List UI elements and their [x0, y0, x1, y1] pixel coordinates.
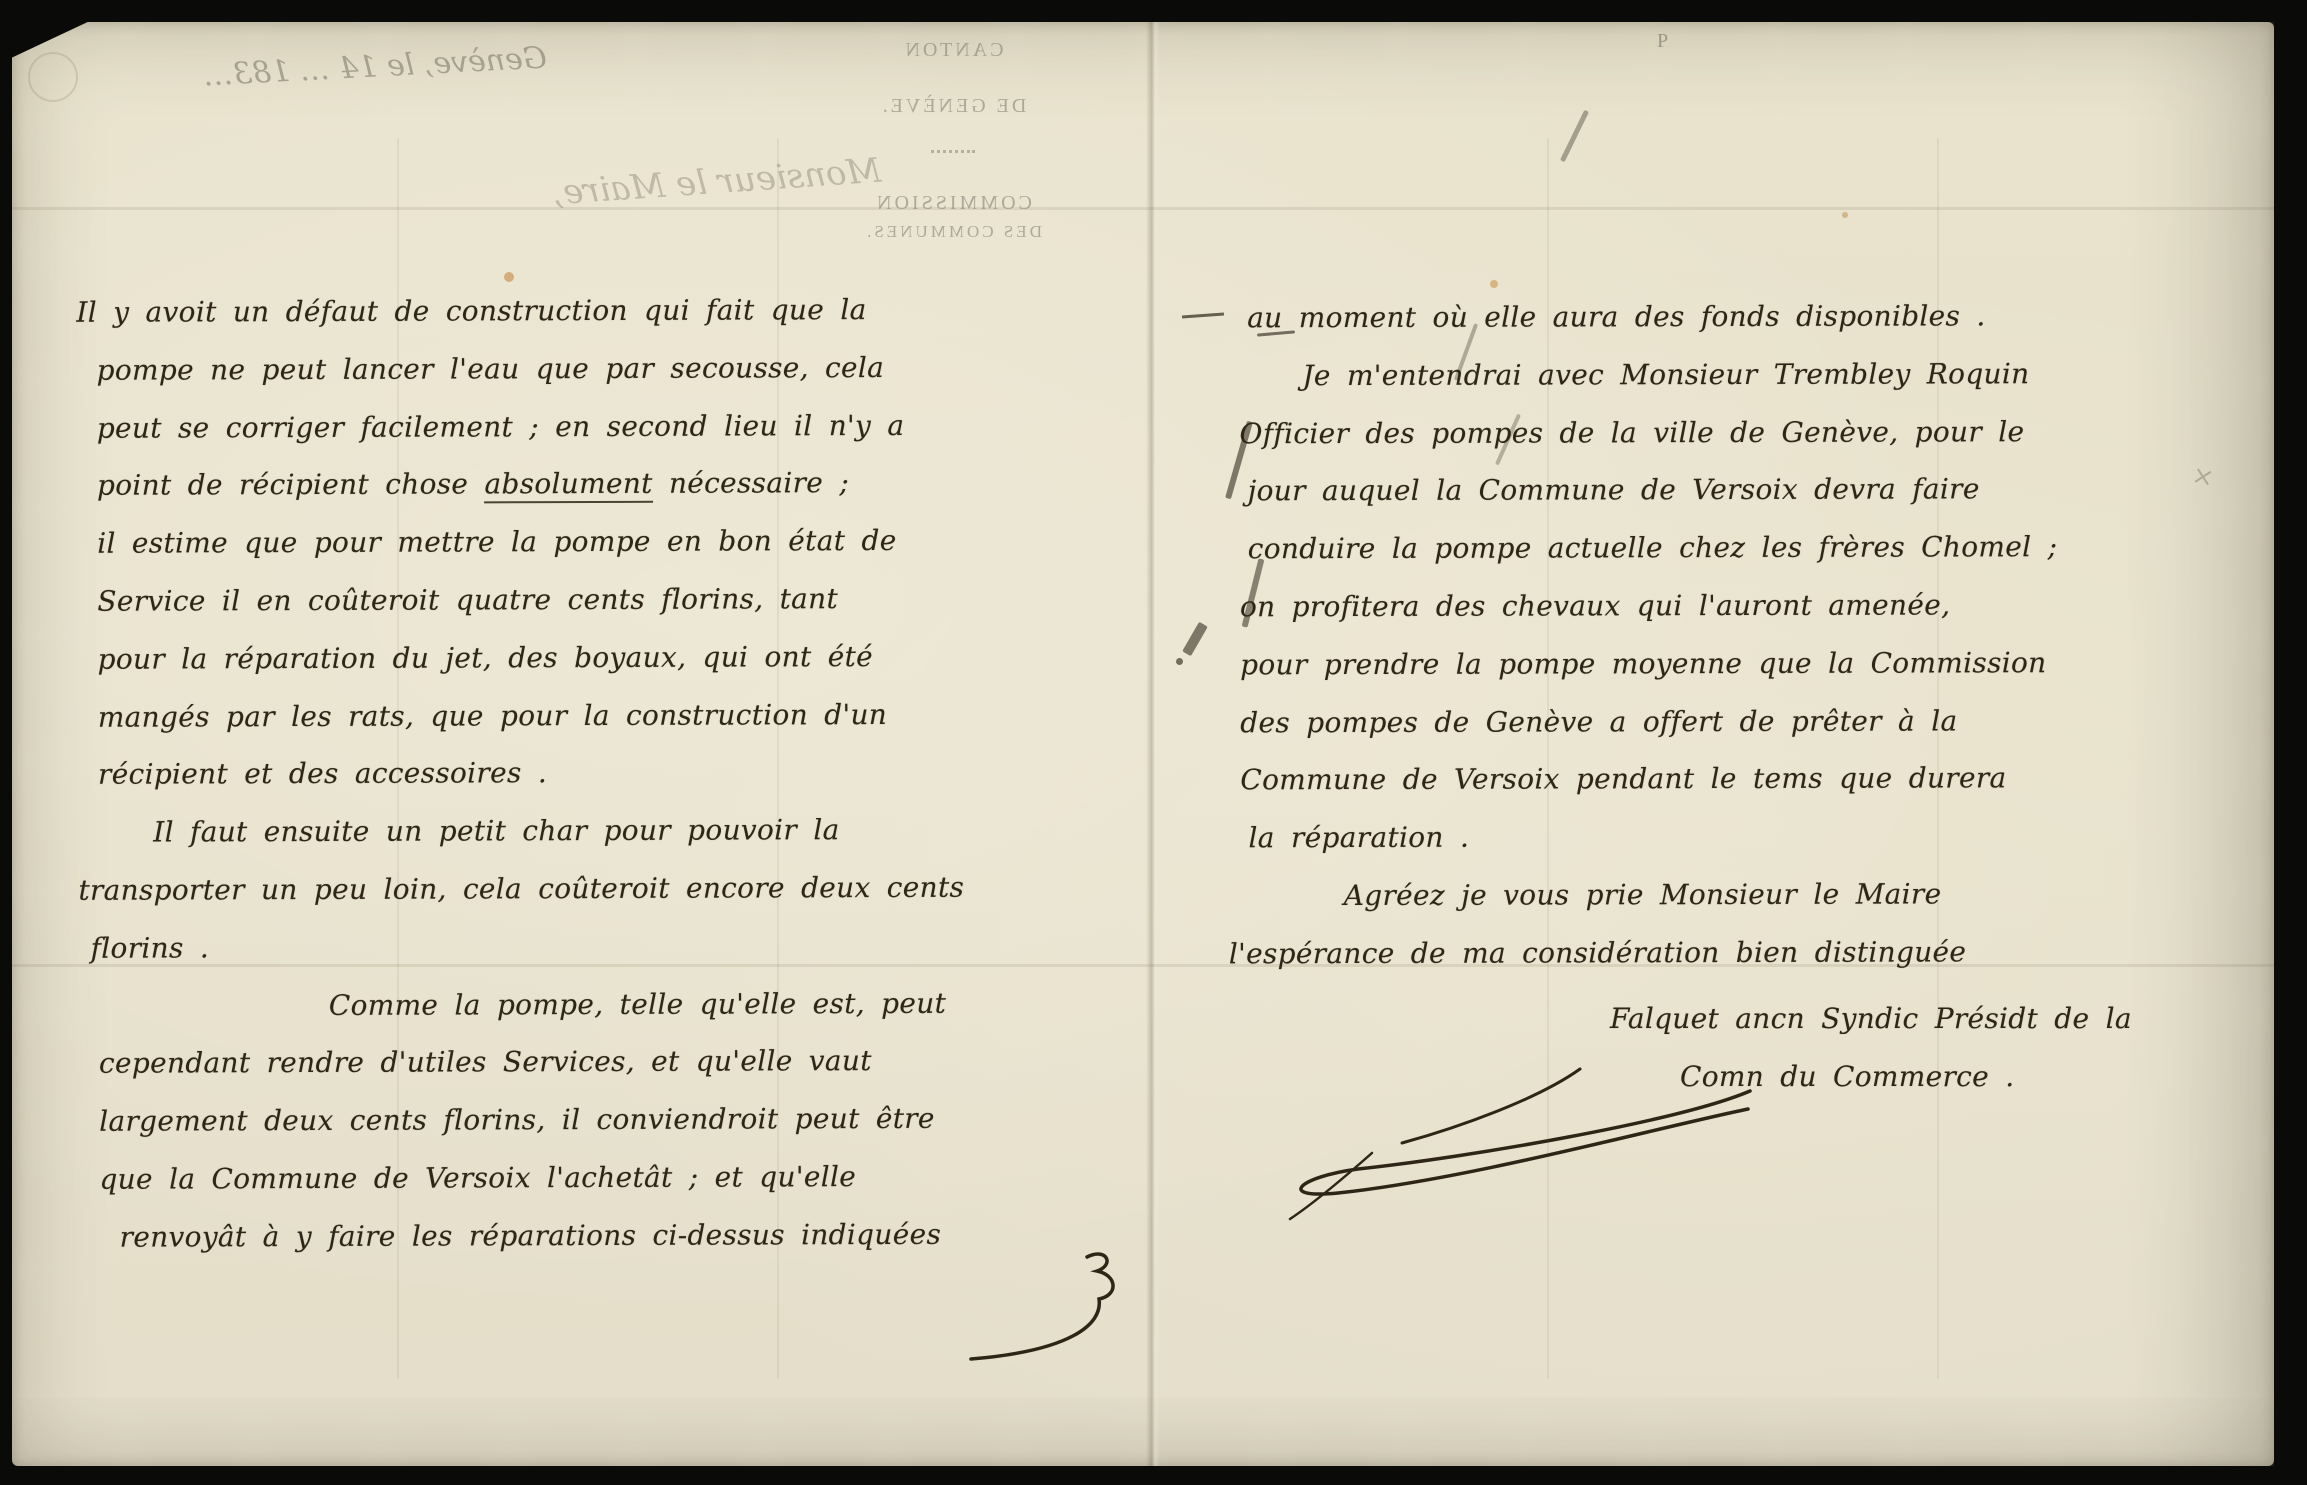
handwritten-line: cependant rendre d'utiles Services, et q…: [79, 1032, 1109, 1093]
handwritten-line: jour auquel la Commune de Versoix devra …: [1228, 460, 2238, 520]
handwritten-line: largement deux cents florins, il convien…: [79, 1089, 1109, 1150]
handwritten-line: florins .: [79, 916, 1109, 977]
handwritten-line: Il faut ensuite un petit char pour pouvo…: [78, 800, 1108, 861]
underlined-word: absolument: [484, 467, 652, 504]
handwritten-line: Il y avoit un défaut de construction qui…: [76, 280, 1106, 341]
handwritten-line: peut se corriger facilement ; en second …: [77, 396, 1107, 457]
handwritten-line: conduire la pompe actuelle chez les frèr…: [1228, 518, 2238, 578]
margin-dash: [1182, 313, 1224, 319]
handwritten-line: mangés par les rats, que pour la constru…: [78, 685, 1108, 746]
signature-flourish: [1280, 1057, 1760, 1227]
handwritten-line: au moment où elle aura des fonds disponi…: [1227, 287, 2237, 347]
end-paraph-flourish: [957, 1247, 1132, 1372]
handwritten-line: Comme la pompe, telle qu'elle est, peut: [79, 974, 1109, 1035]
line-text: nécessaire ;: [653, 466, 849, 500]
line-text: point de récipient chose: [97, 468, 485, 502]
paper-stain: [1842, 212, 1848, 218]
page-mark: P: [1657, 30, 1668, 53]
handwritten-line: récipient et des accessoires .: [78, 743, 1108, 804]
handwritten-line: Officier des pompes de la ville de Genèv…: [1227, 402, 2237, 462]
handwritten-line: que la Commune de Versoix l'achetât ; et…: [79, 1147, 1109, 1208]
left-page: Il y avoit un défaut de construction qui…: [76, 280, 1109, 1266]
handwritten-line: renvoyât à y faire les réparations ci-de…: [80, 1205, 1110, 1266]
embossed-stamp: [28, 52, 78, 102]
handwritten-line: transporter un peu loin, cela coûteroit …: [78, 858, 1108, 919]
handwritten-line: la réparation .: [1228, 807, 2238, 867]
letterhead-des-communes: DES COMMUNES.: [858, 223, 1048, 240]
letterhead-bleedthrough: CANTON DE GENÈVE. COMMISSION DES COMMUNE…: [858, 40, 1048, 240]
salutation-bleedthrough: Monsieur le Maire,: [551, 151, 883, 214]
letterhead-canton: CANTON: [858, 40, 1048, 60]
handwritten-line: pour prendre la pompe moyenne que la Com…: [1228, 633, 2238, 693]
handwritten-line: point de récipient chose absolument néce…: [77, 454, 1107, 515]
ink-smudge: [1560, 110, 1589, 163]
handwritten-line: des pompes de Genève a offert de prêter …: [1228, 691, 2238, 751]
letter-paper: CANTON DE GENÈVE. COMMISSION DES COMMUNE…: [12, 22, 2274, 1466]
center-fold-line: [1146, 22, 1160, 1466]
handwritten-line: Agréez je vous prie Monsieur le Maire: [1229, 865, 2239, 925]
handwritten-line: l'espérance de ma considération bien dis…: [1229, 922, 2239, 982]
horizontal-crease: [12, 207, 2274, 210]
ink-smudge: [1182, 622, 1208, 656]
ink-smudge: [1176, 658, 1183, 665]
handwritten-line: il estime que pour mettre la pompe en bo…: [77, 511, 1107, 572]
paper-stain: [1490, 280, 1498, 288]
letterhead-commission: COMMISSION: [858, 193, 1048, 213]
right-page: au moment où elle aura des fonds disponi…: [1227, 287, 2239, 983]
date-bleedthrough: Genève, le 14 … 183…: [106, 41, 547, 99]
handwritten-line: Je m'entendrai avec Monsieur Trembley Ro…: [1227, 344, 2237, 404]
scan-background: CANTON DE GENÈVE. COMMISSION DES COMMUNE…: [0, 0, 2307, 1485]
handwritten-line: Service il en coûteroit quatre cents flo…: [77, 569, 1107, 630]
signature-line: Falquet ancn Syndic Présidt de la: [1610, 1002, 2132, 1035]
handwritten-line: pompe ne peut lancer l'eau que par secou…: [76, 338, 1106, 399]
handwritten-line: pour la réparation du jet, des boyaux, q…: [77, 627, 1107, 688]
letterhead-de-geneve: DE GENÈVE.: [858, 96, 1048, 116]
handwritten-line: on profitera des chevaux qui l'auront am…: [1228, 576, 2238, 636]
letterhead-divider: [931, 150, 975, 153]
paper-stain: [504, 272, 514, 282]
handwritten-line: Commune de Versoix pendant le tems que d…: [1228, 749, 2238, 809]
